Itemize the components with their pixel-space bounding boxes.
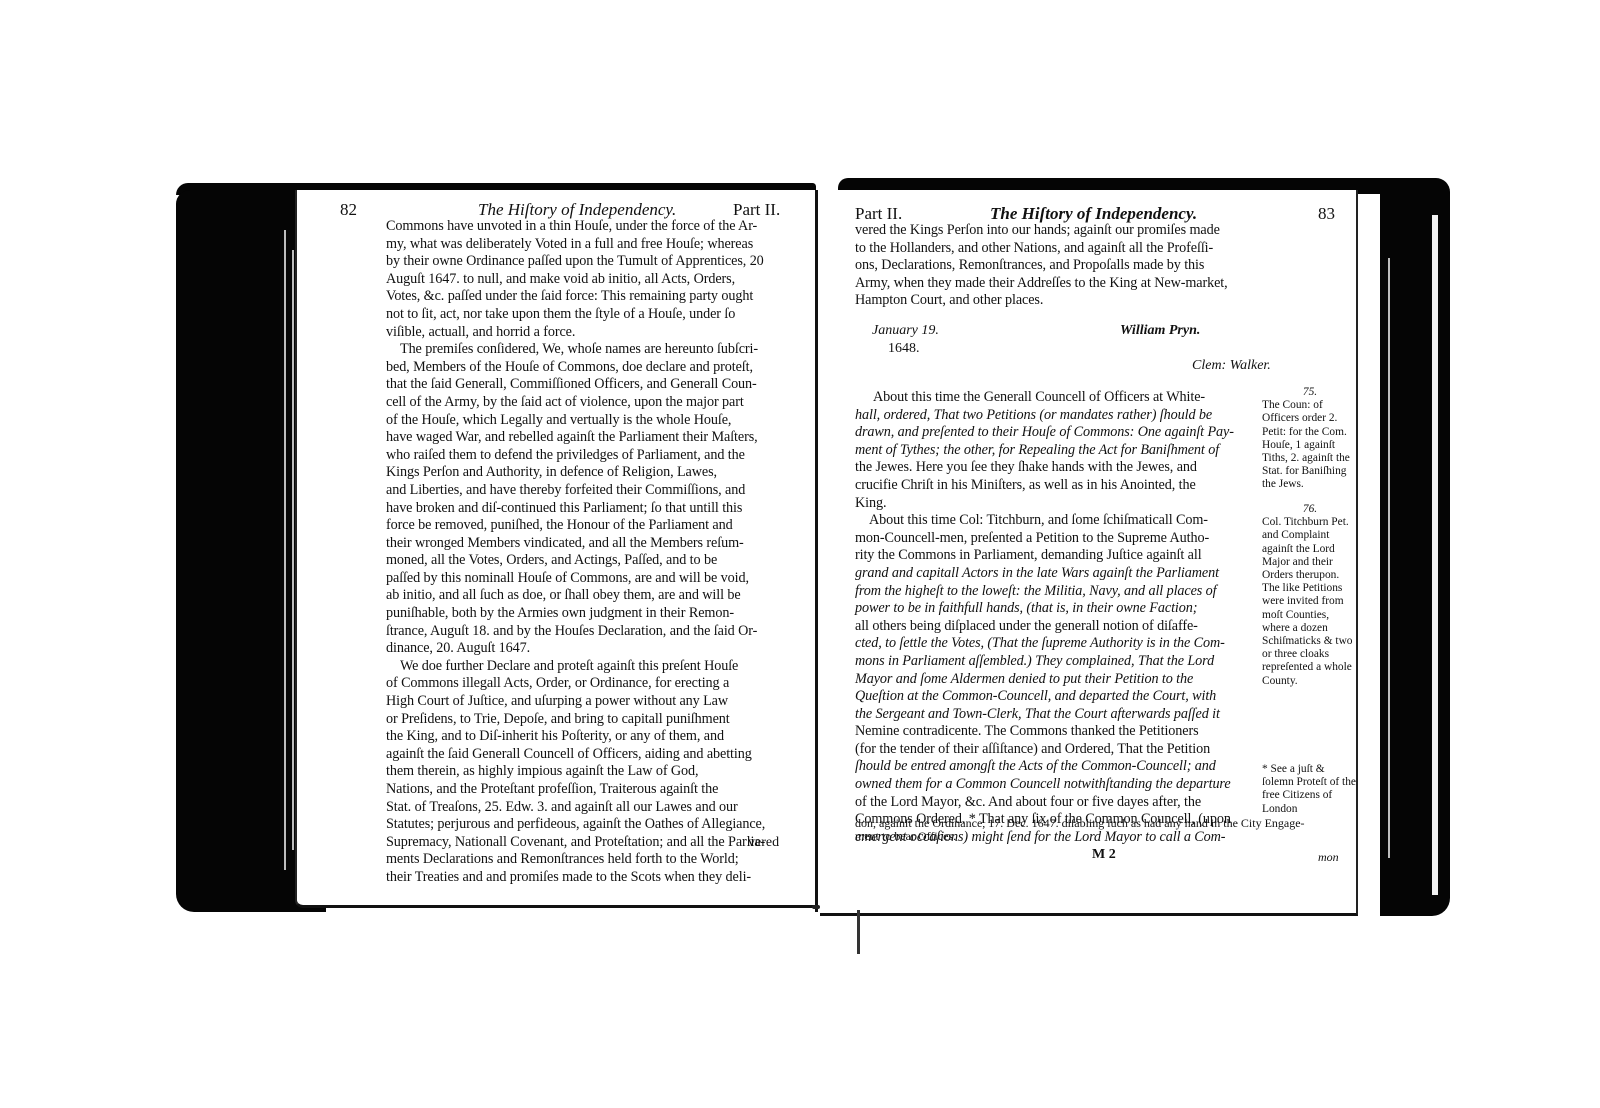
text-line: their wronged Members vindicated, and al… — [386, 535, 796, 553]
text-line: puniſhable, both by the Armies own judgm… — [386, 605, 796, 623]
text-line: mon-Councell-men, preſented a Petition t… — [855, 530, 1259, 548]
text-line: ments Declarations and Remonſtrances hel… — [386, 851, 796, 869]
text-line: The premiſes conſidered, We, whoſe names… — [386, 341, 796, 359]
text-line: them therein, as highly impious againſt … — [386, 763, 796, 781]
margin-note-text: * See a juſt & ſolemn Proteſt of the fre… — [1262, 763, 1358, 816]
right-page-number: 83 — [1318, 204, 1335, 224]
page-edge-stripe — [284, 230, 286, 870]
text-line: their Treaties and and promiſes made to … — [386, 869, 796, 887]
text-line: Mayor and ſome Aldermen denied to put th… — [855, 671, 1259, 689]
text-line: the King, and to Diſ-inherit his Poſteri… — [386, 728, 796, 746]
text-line: hall, ordered, That two Petitions (or ma… — [855, 407, 1259, 425]
text-line: bed, Members of the Houſe of Commons, do… — [386, 359, 796, 377]
book-cover-right — [1380, 178, 1450, 916]
text-line: moned, all the Votes, Orders, and Acting… — [386, 552, 796, 570]
text-line: ſhould be entred amongſt the Acts of the… — [855, 758, 1259, 776]
text-line: owned them for a Common Councell notwith… — [855, 776, 1259, 794]
text-line: have waged War, and rebelled againſt the… — [386, 429, 796, 447]
right-page-text-main: About this time the Generall Councell of… — [855, 389, 1259, 846]
page-edge-highlight — [1432, 215, 1438, 895]
margin-note-footnote: * See a juſt & ſolemn Proteſt of the fre… — [1262, 763, 1358, 816]
text-line: Stat. of Treaſons, 25. Edw. 3. and again… — [386, 799, 796, 817]
margin-note-76: 76. Col. Titchburn Pet. and Complaint ag… — [1262, 503, 1358, 688]
right-catchword: mon — [1318, 850, 1339, 865]
text-line: ment of Tythes; the other, for Repealing… — [855, 442, 1259, 460]
text-line: from the higheſt to the loweſt: the Mili… — [855, 583, 1259, 601]
text-line: drawn, and preſented to their Houſe of C… — [855, 424, 1259, 442]
paragraph: We doe further Declare and proteſt again… — [386, 658, 796, 887]
text-line: of the Lord Mayor, &c. And about four or… — [855, 794, 1259, 812]
text-line: rity the Commons in Parliament, demandin… — [855, 547, 1259, 565]
text-line: or Preſidens, to Trie, Depoſe, and bring… — [386, 711, 796, 729]
text-line: Supremacy, Nationall Covenant, and Prote… — [386, 834, 796, 852]
text-line: paſſed by this nominall Houſe of Commons… — [386, 570, 796, 588]
date-year: 1648. — [888, 341, 920, 357]
text-line: We doe further Declare and proteſt again… — [386, 658, 796, 676]
right-page-text-top: vered the Kings Perſon into our hands; a… — [855, 222, 1263, 310]
signature-walker: Clem: Walker. — [1192, 358, 1271, 374]
left-page-number: 82 — [340, 200, 357, 220]
text-line: viſible, actuall, and horrid a force. — [386, 324, 796, 342]
date-line: January 19. — [872, 323, 939, 339]
text-line: ons, Declarations, Remonſtrances, and Pr… — [855, 257, 1263, 275]
left-part-label: Part II. — [733, 200, 780, 220]
paragraph: About this time Col: Titchburn, and ſome… — [855, 512, 1259, 846]
text-line: have broken and diſ-continued this Parli… — [386, 500, 796, 518]
text-line: and Liberties, and have thereby forfeite… — [386, 482, 796, 500]
signature-mark: M 2 — [1092, 847, 1116, 863]
footnote-line: ment to bear Offices. — [855, 830, 956, 843]
paragraph: The premiſes conſidered, We, whoſe names… — [386, 341, 796, 658]
ribbon-marker — [857, 910, 860, 954]
text-line: mons in Parliament aſſembled.) They comp… — [855, 653, 1259, 671]
text-line: my, what was deliberately Voted in a ful… — [386, 236, 796, 254]
text-line: Queſtion at the Common-Councell, and dep… — [855, 688, 1259, 706]
text-line: of Commons illegall Acts, Order, or Ordi… — [386, 675, 796, 693]
left-catchword: vered — [748, 835, 779, 851]
text-line: the Sergeant and Town-Clerk, That the Co… — [855, 706, 1259, 724]
text-line: of the Houſe, which Legally and vertuall… — [386, 412, 796, 430]
text-line: Auguſt 1647. to null, and make void ab i… — [386, 271, 796, 289]
text-line: Commons have unvoted in a thin Houſe, un… — [386, 218, 796, 236]
text-line: ſtrance, Auguſt 18. and by the Houſes De… — [386, 623, 796, 641]
left-running-title: The Hiſtory of Independency. — [478, 200, 676, 220]
text-line: grand and capitall Actors in the late Wa… — [855, 565, 1259, 583]
text-line: force be removed, puniſhed, the Honour o… — [386, 517, 796, 535]
text-line: Hampton Court, and other places. — [855, 292, 1263, 310]
signature-pryn: William Pryn. — [1120, 323, 1200, 339]
text-line: (for the tender of their aſſiſtance) and… — [855, 741, 1259, 759]
right-part-label: Part II. — [855, 204, 902, 224]
text-line: ab initio, and all ſuch as doe, or ſhall… — [386, 587, 796, 605]
text-line: cted, to ſettle the Votes, (That the ſup… — [855, 635, 1259, 653]
paragraph: Commons have unvoted in a thin Houſe, un… — [386, 218, 796, 341]
text-line: cell of the Army, by the ſaid act of vio… — [386, 394, 796, 412]
paragraph: vered the Kings Perſon into our hands; a… — [855, 222, 1263, 310]
left-page-text: Commons have unvoted in a thin Houſe, un… — [386, 218, 796, 887]
text-line: About this time the Generall Councell of… — [855, 389, 1259, 407]
text-line: to the Hollanders, and other Nations, an… — [855, 240, 1263, 258]
open-book: 82 The Hiſtory of Independency. Part II.… — [0, 0, 1600, 1108]
text-line: King. — [855, 495, 1259, 513]
book-gutter — [815, 190, 818, 912]
text-line: Kings Perſon and Authority, in defence o… — [386, 464, 796, 482]
page-edge-stripe — [1388, 258, 1390, 858]
text-line: by their owne Ordinance paſſed upon the … — [386, 253, 796, 271]
text-line: About this time Col: Titchburn, and ſome… — [855, 512, 1259, 530]
margin-note-text: The Coun: of Officers order 2. Petit: fo… — [1262, 399, 1358, 491]
text-line: Statutes; perjurous and perfideous, agai… — [386, 816, 796, 834]
text-line: Army, when they made their Addreſſes to … — [855, 275, 1263, 293]
right-running-title: The Hiſtory of Independency. — [990, 204, 1197, 224]
text-line: power to be in faithfull hands, (that is… — [855, 600, 1259, 618]
text-line: Nations, and the Proteſtant profeſſion, … — [386, 781, 796, 799]
margin-note-text: Col. Titchburn Pet. and Complaint againſ… — [1262, 516, 1358, 688]
text-line: Nemine contradicente. The Commons thanke… — [855, 723, 1259, 741]
text-line: againſt the ſaid Generall Councell of Of… — [386, 746, 796, 764]
margin-note-number: 76. — [1262, 503, 1358, 516]
text-line: High Court of Juſtice, and uſurping a po… — [386, 693, 796, 711]
page-edge-stripe — [292, 250, 294, 850]
text-line: all others being diſplaced under the gen… — [855, 618, 1259, 636]
paragraph: About this time the Generall Councell of… — [855, 389, 1259, 512]
text-line: dinance, 20. Auguſt 1647. — [386, 640, 796, 658]
text-line: vered the Kings Perſon into our hands; a… — [855, 222, 1263, 240]
text-line: that the ſaid Generall, Commiſſioned Off… — [386, 376, 796, 394]
text-line: Votes, &c. paſſed under the ſaid force: … — [386, 288, 796, 306]
margin-note-number: 75. — [1262, 386, 1358, 399]
margin-note-75: 75. The Coun: of Officers order 2. Petit… — [1262, 386, 1358, 492]
gutter-base — [812, 905, 820, 909]
text-line: crucifie Chriſt in his Miniſters, as wel… — [855, 477, 1259, 495]
text-line: who raiſed them to defend the priviledge… — [386, 447, 796, 465]
text-line: not to ſit, act, nor take upon them the … — [386, 306, 796, 324]
text-line: the Jewes. Here you ſee they ſhake hands… — [855, 459, 1259, 477]
